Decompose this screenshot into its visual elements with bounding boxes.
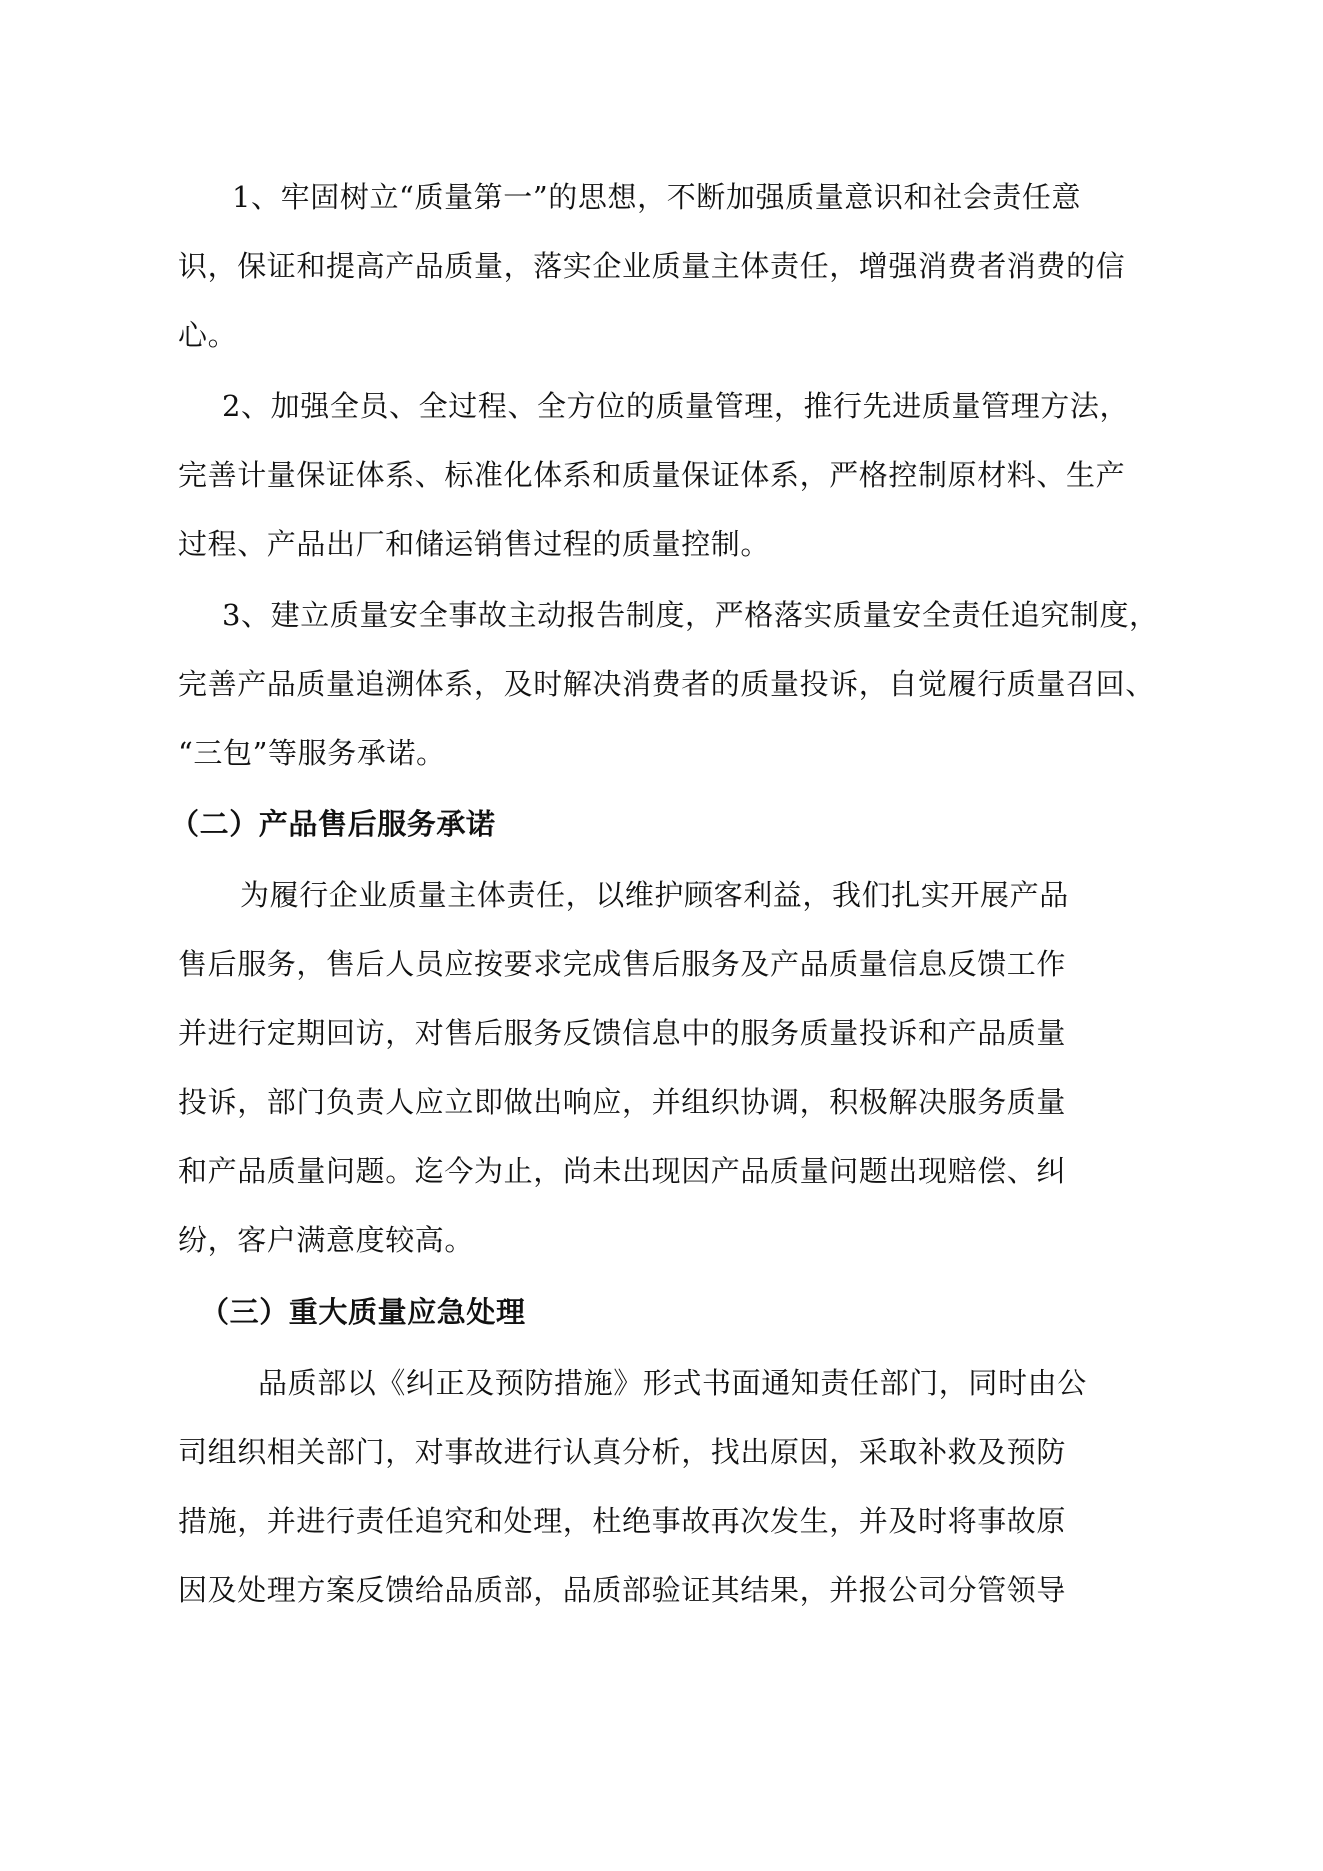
text-line: 司组织相关部门，对事故进行认真分析，找出原因，采取补救及预防 xyxy=(178,1432,1138,1472)
text-line: 售后服务，售后人员应按要求完成售后服务及产品质量信息反馈工作 xyxy=(178,944,1138,984)
text-line: 措施，并进行责任追究和处理，杜绝事故再次发生，并及时将事故原 xyxy=(178,1501,1138,1541)
text-line: 心。 xyxy=(178,315,1138,355)
text-line: 纷，客户满意度较高。 xyxy=(178,1220,1138,1260)
text-line: 3、建立质量安全事故主动报告制度，严格落实质量安全责任追究制度， xyxy=(222,595,1182,635)
section-heading: （二）产品售后服务承诺 xyxy=(170,804,1130,844)
text-line: “三包”等服务承诺。 xyxy=(178,733,1138,773)
text-line: 识，保证和提高产品质量，落实企业质量主体责任，增强消费者消费的信 xyxy=(178,246,1138,286)
text-line: 完善计量保证体系、标准化体系和质量保证体系，严格控制原材料、生产 xyxy=(178,455,1138,495)
text-line: 因及处理方案反馈给品质部，品质部验证其结果，并报公司分管领导 xyxy=(178,1570,1138,1610)
text-line: 为履行企业质量主体责任，以维护顾客利益，我们扎实开展产品 xyxy=(240,875,1200,915)
text-line: 完善产品质量追溯体系，及时解决消费者的质量投诉，自觉履行质量召回、 xyxy=(178,664,1138,704)
text-line: 过程、产品出厂和储运销售过程的质量控制。 xyxy=(178,524,1138,564)
text-line: 并进行定期回访，对售后服务反馈信息中的服务质量投诉和产品质量 xyxy=(178,1013,1138,1053)
text-line: 和产品质量问题。迄今为止，尚未出现因产品质量问题出现赔偿、纠 xyxy=(178,1151,1138,1191)
text-line: 2、加强全员、全过程、全方位的质量管理，推行先进质量管理方法， xyxy=(222,386,1182,426)
text-line: 品质部以《纠正及预防措施》形式书面通知责任部门，同时由公 xyxy=(258,1363,1218,1403)
section-heading: （三）重大质量应急处理 xyxy=(200,1292,1160,1332)
text-line: 1、牢固树立“质量第一”的思想，不断加强质量意识和社会责任意 xyxy=(232,177,1192,217)
text-line: 投诉，部门负责人应立即做出响应，并组织协调，积极解决服务质量 xyxy=(178,1082,1138,1122)
document-page: 1、牢固树立“质量第一”的思想，不断加强质量意识和社会责任意识，保证和提高产品质… xyxy=(0,0,1323,1871)
